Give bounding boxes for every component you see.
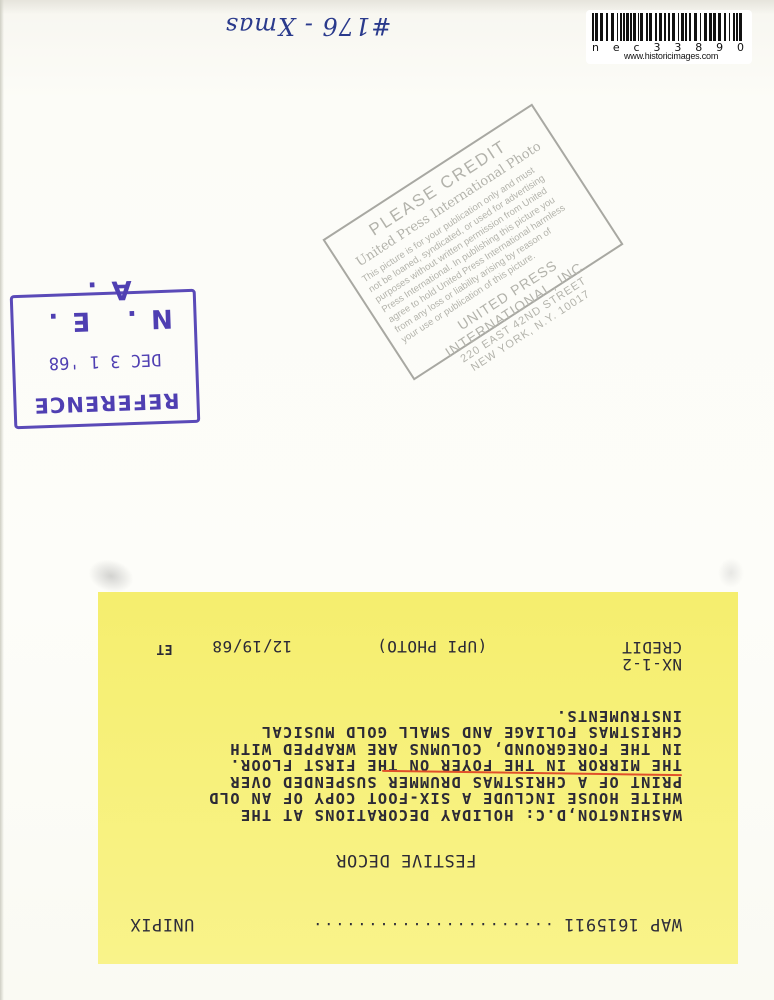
reference-stamp-date: DEC 3 1 '68 [15,348,196,374]
slip-body-line: WASHINGTON,D.C: HOLIDAY DECORATIONS AT T… [130,807,682,824]
caption-credit-line: NX-1-2CREDIT (UPI PHOTO) 12/19/68 ET [130,638,682,674]
reference-stamp-organization: N. E. A. [12,272,194,338]
service-name: UNIPIX [130,914,194,934]
caption-date: 12/19/68 [212,638,332,657]
reference-stamp-title: REFERENCE [16,388,197,418]
paper-left-edge [0,0,4,1000]
slip-body-line: IN THE FOREGROUND, COLUMNS ARE WRAPPED W… [130,741,682,758]
barcode-label: nec33890 www.historicimages.com [586,10,752,64]
barcode-char: e [613,41,620,54]
barcode-website: www.historicimages.com [624,51,718,61]
time-zone: ET [156,642,212,657]
wire-id: WAP 1615911 [564,914,682,934]
caption-body: WASHINGTON,D.C: HOLIDAY DECORATIONS AT T… [130,708,682,824]
agency-credit: (UPI PHOTO) [332,638,532,657]
caption-content: WAP 1615911 ...................... UNIPI… [130,638,682,935]
credit-slug: NX-1-2CREDIT [532,640,682,674]
slip-body-line: CHRISTMAS FOLIAGE AND SMALL GOLD MUSICAL [130,724,682,741]
slug-line: CREDIT [532,640,682,657]
barcode-icon [592,13,746,41]
barcode-char: 0 [737,41,744,54]
slip-body-line: INSTRUMENTS. [130,708,682,725]
caption-header: WAP 1615911 ...................... UNIPI… [130,914,682,934]
slip-body-line: PRINT OF A CHRISTMAS DRUMMER SUSPENDED O… [130,774,682,791]
slug-line: NX-1-2 [532,657,682,674]
handwritten-note: #176 - Xmas [188,4,428,40]
barcode-char: n [592,41,599,54]
slip-body-line: WHITE HOUSE INCLUDE A SIX-FOOT COPY OF A… [130,790,682,807]
smudge-mark [718,558,744,588]
reference-stamp: REFERENCE DEC 3 1 '68 N. E. A. [10,289,201,429]
caption-slip: WAP 1615911 ...................... UNIPI… [98,592,738,964]
caption-headline: FESTIVE DECOR [130,850,682,870]
leader-dots: ...................... [204,917,553,937]
